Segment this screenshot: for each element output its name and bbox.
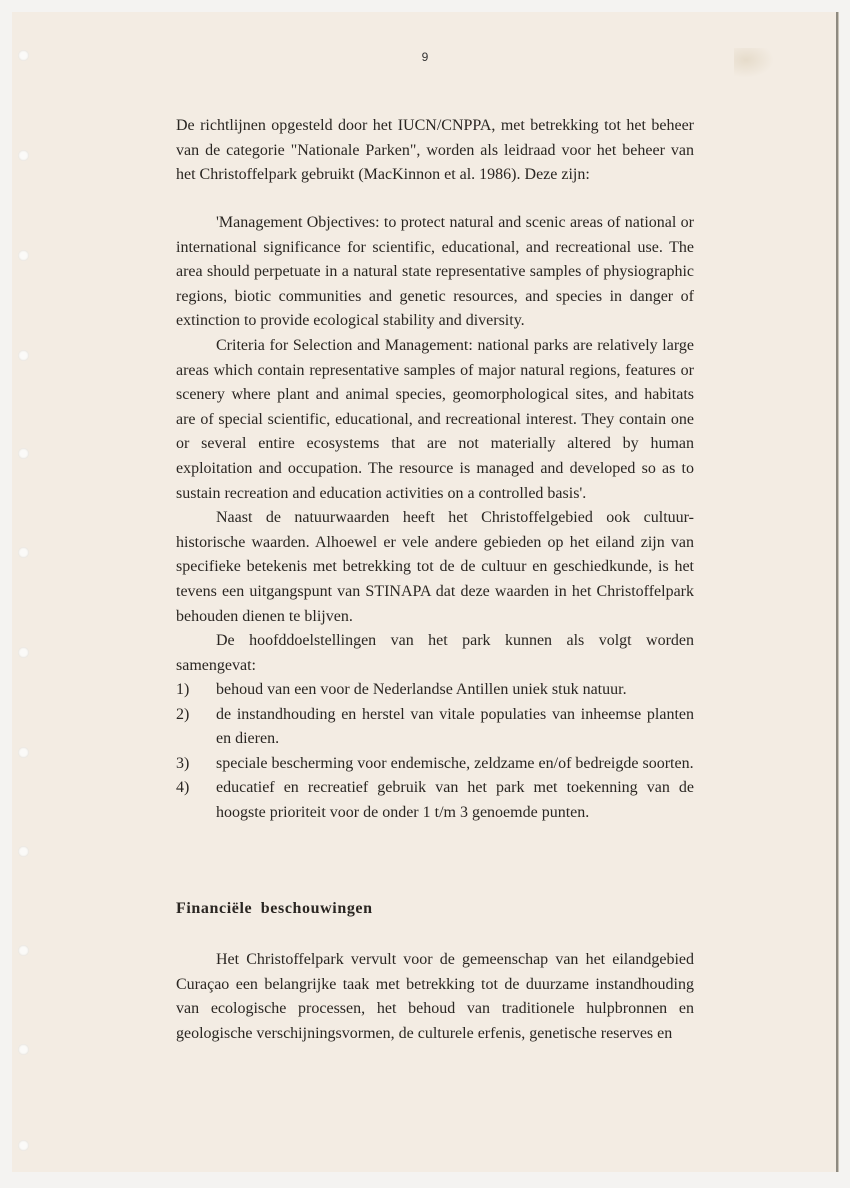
goal-text: educatief en recreatief gebruik van het …	[216, 776, 694, 825]
goals-intro-paragraph: De hoofddoelstellingen van het park kunn…	[176, 629, 694, 678]
goal-item: 1) behoud van een voor de Nederlandse An…	[176, 678, 694, 703]
punch-hole	[18, 1044, 29, 1055]
quote-block: 'Management Objectives: to protect natur…	[176, 211, 694, 678]
punch-hole	[18, 747, 29, 758]
quote-objectives-paragraph: 'Management Objectives: to protect natur…	[176, 211, 694, 334]
punch-hole	[18, 547, 29, 558]
punch-hole	[18, 250, 29, 261]
intro-paragraph: De richtlijnen opgesteld door het IUCN/C…	[176, 114, 694, 188]
page-number: 9	[0, 50, 850, 64]
quote-criteria-paragraph: Criteria for Selection and Management: n…	[176, 334, 694, 506]
punch-hole	[18, 448, 29, 459]
punch-hole	[18, 1140, 29, 1151]
punch-hole	[18, 150, 29, 161]
punch-hole	[18, 350, 29, 361]
section-heading: Financiële beschouwingen	[176, 900, 373, 918]
goal-item: 4) educatief en recreatief gebruik van h…	[176, 776, 694, 825]
goal-text: behoud van een voor de Nederlandse Antil…	[216, 678, 694, 703]
punch-hole	[18, 647, 29, 658]
goals-list: 1) behoud van een voor de Nederlandse An…	[176, 678, 694, 826]
goal-item: 3) speciale bescherming voor endemische,…	[176, 752, 694, 777]
goal-number: 4)	[176, 776, 216, 825]
section-paragraph: Het Christoffelpark vervult voor de geme…	[176, 948, 694, 1046]
goal-item: 2) de instandhouding en herstel van vita…	[176, 703, 694, 752]
goal-number: 2)	[176, 703, 216, 752]
punch-hole	[18, 945, 29, 956]
goal-text: speciale bescherming voor endemische, ze…	[216, 752, 694, 777]
cultural-paragraph: Naast de natuurwaarden heeft het Christo…	[176, 506, 694, 629]
section-body: Het Christoffelpark vervult voor de geme…	[176, 948, 694, 1046]
body-text-block: De richtlijnen opgesteld door het IUCN/C…	[176, 114, 694, 188]
goal-number: 3)	[176, 752, 216, 777]
goal-number: 1)	[176, 678, 216, 703]
punch-hole	[18, 846, 29, 857]
goal-text: de instandhouding en herstel van vitale …	[216, 703, 694, 752]
